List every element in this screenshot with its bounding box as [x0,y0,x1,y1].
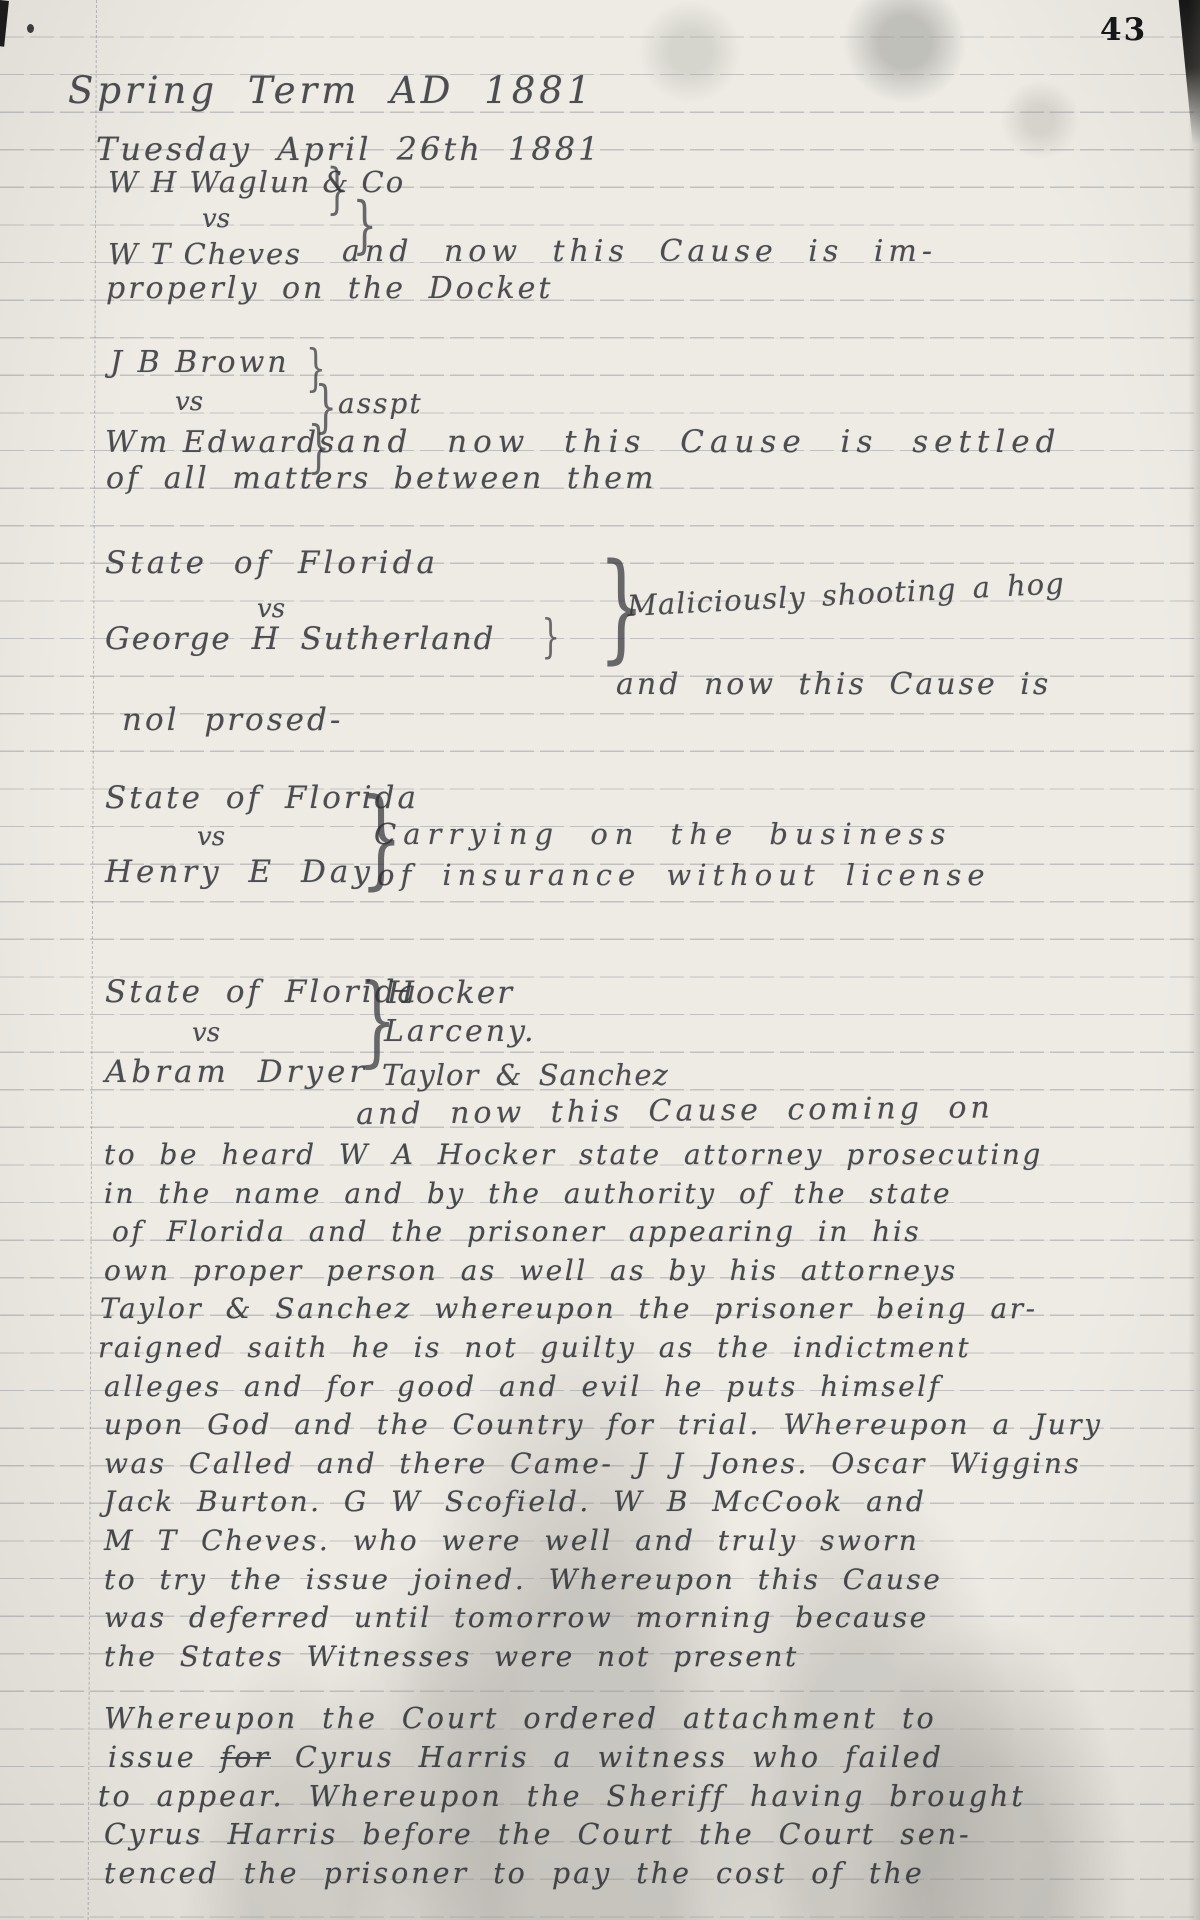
case-dryer-defendant: Abram Dryer [105,1057,368,1088]
case-dryer-record: to be heard W A Hocker state attorney pr… [104,1136,1103,1676]
record-line: own proper person as well as by his atto… [104,1252,1103,1291]
record-line: raigned saith he is not guilty as the in… [98,1329,1103,1368]
date-heading: Tuesday April 26th 1881 [96,133,601,165]
case-sutherland-plaintiff: State of Florida [105,548,439,579]
term-heading: Spring Term AD 1881 [68,72,594,109]
case-sutherland-ruling-line1: and now this Cause is [616,670,1051,700]
ledger-page-scan: 43 Spring Term AD 1881 Tuesday April 26t… [0,0,1200,1920]
scan-corner-mark [0,0,9,47]
case-brown-ruling-line2: of all matters between them [106,464,656,494]
case-brown-action: asspt [338,390,423,418]
case-brown-defendant: Wm Edwards [105,428,337,458]
record-line: to try the issue joined. Whereupon this … [104,1561,1103,1600]
record-line: of Florida and the prisoner appearing in… [112,1213,1103,1252]
case-dryer-counsel: Taylor & Sanchez [382,1061,669,1090]
case-brown-ruling-line1: and now this Cause is settled [337,427,1062,458]
case-day-charge-line1: Carrying on the business [374,820,952,849]
attachment-line2-prefix: issue [108,1741,221,1774]
case-sutherland-versus: vs [257,596,285,622]
case-wagner-ruling-line2: properly on the Docket [106,274,553,304]
attachment-struck-word: for [221,1741,271,1774]
case-sutherland-charge: Maliciously shooting a hog [626,569,1065,621]
case-wagner-ruling-line1: and now this Cause is im- [342,237,937,267]
scan-right-edge-shading [1188,0,1200,1920]
record-line: was Called and there Came- J J Jones. Os… [104,1445,1103,1484]
attachment-line: issue for Cyrus Harris a witness who fai… [108,1739,1026,1778]
record-line: in the name and by the authority of the … [104,1175,1103,1214]
record-line: upon God and the Country for trial. Wher… [104,1406,1103,1445]
case-wagner-defendant: W T Cheves [108,240,302,269]
attachment-line: to appear. Whereupon the Sheriff having … [98,1778,1026,1817]
attachment-line: tenced the prisoner to pay the cost of t… [104,1855,1026,1894]
case-brown-versus: vs [175,389,203,415]
attachment-line: Whereupon the Court ordered attachment t… [104,1700,1026,1739]
case-dryer-versus: vs [192,1020,220,1046]
record-line: Jack Burton. G W Scofield. W B McCook an… [104,1483,1103,1522]
case-day-versus: vs [197,824,225,850]
record-line: M T Cheves. who were well and truly swor… [104,1522,1103,1561]
case-brown-plaintiff: J B Brown [110,348,290,378]
case-sutherland-ruling-line2: nol prosed- [122,705,343,736]
attachment-line: Cyrus Harris before the Court the Court … [104,1816,1026,1855]
case-day-defendant: Henry E Day [105,857,374,888]
record-line: alleges and for good and evil he puts hi… [104,1368,1103,1407]
case-dryer-charge: Larceny. [384,1017,537,1047]
margin-rule-line [88,0,97,1920]
record-line: Taylor & Sanchez whereupon the prisoner … [100,1290,1103,1329]
case-dryer-prosecutor: Hocker [387,978,514,1009]
record-line: to be heard W A Hocker state attorney pr… [104,1136,1103,1175]
attachment-line2-suffix: Cyrus Harris a witness who failed [271,1741,944,1774]
case-day-charge-line2: of insurance without license [377,861,991,890]
case-sutherland-defendant: George H Sutherland [105,624,496,655]
attachment-order-paragraph: Whereupon the Court ordered attachment t… [104,1700,1026,1894]
record-line: the States Witnesses were not present [104,1638,1103,1677]
case-dryer-opening: and now this Cause coming on [356,1093,994,1130]
scan-ink-speck [27,24,34,33]
case-wagner-brace-top: } [327,163,348,214]
case-sutherland-brace-small: } [542,615,560,659]
page-number: 43 [1100,12,1147,48]
record-line: was deferred until tomorrow morning beca… [104,1599,1103,1638]
case-wagner-versus: vs [202,206,230,232]
